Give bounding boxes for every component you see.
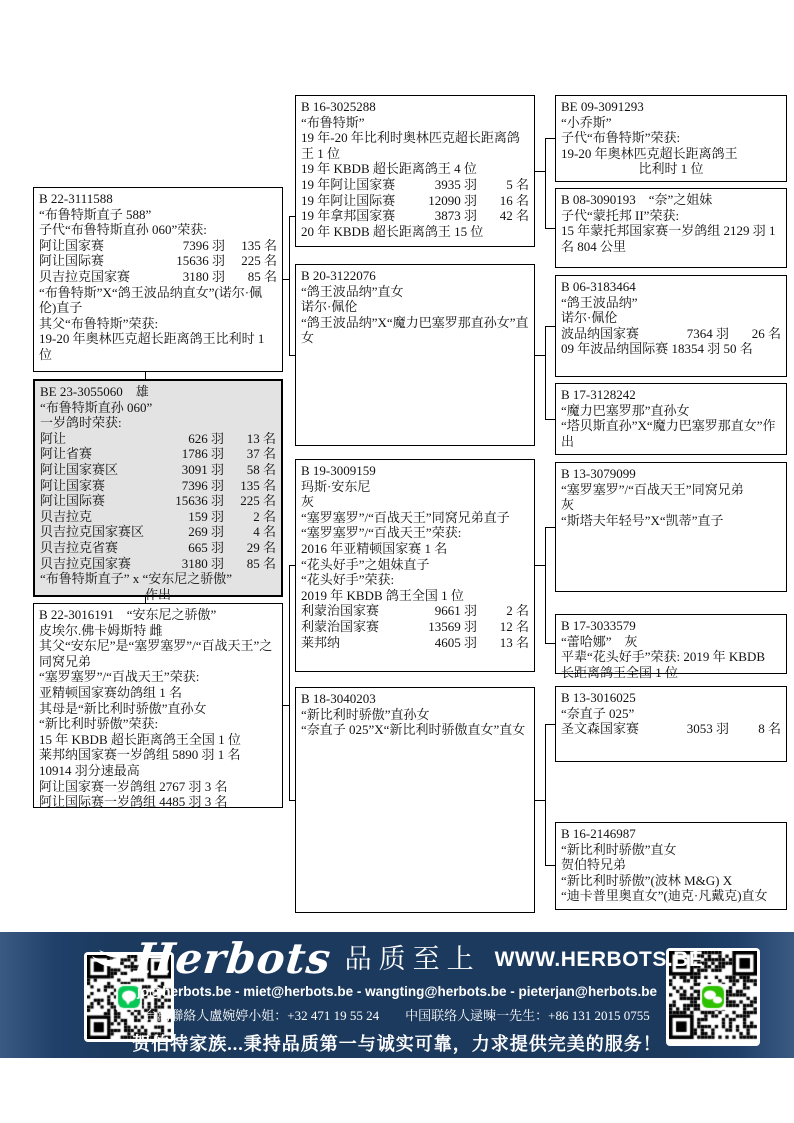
birds-count: 3935 羽 — [407, 177, 477, 193]
pedigree-box-r4: B 17-3128242“魔力巴塞罗那”直孙女“塔贝斯直孙”X“魔力巴塞罗那直女… — [555, 383, 787, 455]
connector-line — [545, 724, 555, 725]
contact-phones: 台灣聯絡人盧婉婷小姐：+32 471 19 55 24 中国联络人逯暕一先生：+… — [144, 1005, 649, 1024]
text-line: 皮埃尔.佛卡姆斯特 雌 — [39, 623, 277, 639]
connector-line — [545, 527, 555, 528]
text-line: “布鲁特斯”X“鸽王波品纳直女”(诺尔·佩伦)直子 — [39, 285, 277, 316]
connector-line — [289, 216, 295, 217]
brand-logo: Herbots — [132, 938, 332, 980]
birds-count: 15636 羽 — [155, 253, 225, 269]
connector-line — [545, 643, 555, 644]
result-row: 阿让国家赛7396 羽135 名 — [39, 238, 277, 254]
text-line: B 06-3183464 — [561, 279, 781, 295]
text-line: B 18-3040203 — [301, 691, 529, 707]
result-row: 阿让国家赛7396 羽135 名 — [40, 478, 276, 494]
race-name: 利蒙治国家赛 — [301, 619, 407, 635]
result-row: 19 年阿让国家赛3935 羽5 名 — [301, 177, 529, 193]
text-line: B 08-3090193 “奈”之姐妹 — [561, 192, 781, 208]
footer-content: Herbots 品质至上 WWW.HERBOTS.BE jo@herbots.b… — [172, 938, 622, 1052]
connector-line — [545, 724, 546, 866]
placing: 85 名 — [224, 556, 276, 572]
pedigree-box-dgs: B 19-3009159玛斯·安东尼灰“塞罗塞罗”/“百战天王”同窝兄弟直子“塞… — [295, 459, 535, 672]
race-name: 阿让 — [40, 431, 154, 447]
text-line: 比利时 1 位 — [561, 161, 781, 177]
text-line: 阿让国家赛一岁鸽组 2767 羽 3 名 — [39, 779, 277, 795]
race-name: 阿让国际赛 — [40, 493, 154, 509]
birds-count: 9661 羽 — [407, 603, 477, 619]
connector-line — [545, 527, 546, 644]
birds-count: 4605 羽 — [407, 635, 477, 651]
birds-count: 3873 羽 — [407, 208, 477, 224]
text-line: B 13-3079099 — [561, 466, 781, 482]
text-line: 贺伯特兄弟 — [561, 857, 781, 873]
birds-count: 13569 羽 — [407, 619, 477, 635]
connector-line — [289, 800, 295, 801]
text-line: “新比利时骄傲”直女 — [561, 842, 781, 858]
pedigree-page: B 22-3111588“布鲁特斯直子 588”子代“布鲁特斯直孙 060”荣获… — [0, 0, 794, 1123]
placing: 29 名 — [224, 540, 276, 556]
text-line: “鸽王波品纳” — [561, 295, 781, 311]
connector-line — [289, 565, 290, 801]
connector-line — [535, 800, 545, 801]
placing: 2 名 — [477, 603, 529, 619]
result-row: 贝吉拉克159 羽2 名 — [40, 509, 276, 525]
race-name: 阿让国际赛 — [39, 253, 155, 269]
placing: 13 名 — [477, 635, 529, 651]
connector-line — [545, 419, 555, 420]
result-row: 阿让国际赛15636 羽225 名 — [40, 493, 276, 509]
text-line: “奈直子 025”X“新比利时骄傲直女”直女 — [301, 722, 529, 738]
placing: 225 名 — [224, 493, 276, 509]
race-name: 19 年阿让国际赛 — [301, 193, 407, 209]
race-name: 19 年拿邦国家赛 — [301, 208, 407, 224]
text-line: 15 年 KBDB 超长距离鸽王全国 1 位 — [39, 732, 277, 748]
race-name: 19 年阿让国家赛 — [301, 177, 407, 193]
connector-line — [545, 865, 555, 866]
race-name: 利蒙治国家赛 — [301, 603, 407, 619]
birds-count: 665 羽 — [154, 540, 224, 556]
text-line: 子代“蒙托邦 II”荣获: — [561, 208, 781, 224]
race-name: 阿让国家赛 — [39, 238, 155, 254]
placing: 26 名 — [729, 326, 781, 342]
text-line: 2019 年 KBDB 鸽王全国 1 位 — [301, 588, 529, 604]
race-name: 贝吉拉克国家赛 — [39, 269, 155, 285]
birds-count: 626 羽 — [154, 431, 224, 447]
text-line: B 16-2146987 — [561, 826, 781, 842]
text-line: 阿让国际赛一岁鸽组 4485 羽 3 名 — [39, 794, 277, 810]
result-row: 阿让国际赛15636 羽225 名 — [39, 253, 277, 269]
race-name: 阿让国家赛 — [40, 478, 154, 494]
pedigree-box-sgs: B 16-3025288“布鲁特斯”19 年-20 年比利时奥林匹克超长距离鸽王… — [295, 95, 535, 247]
result-row: 19 年拿邦国家赛3873 羽42 名 — [301, 208, 529, 224]
placing: 4 名 — [224, 524, 276, 540]
text-line: “小乔斯” — [561, 115, 781, 131]
pedigree-box-dgd: B 18-3040203“新比利时骄傲”直孙女“奈直子 025”X“新比利时骄傲… — [295, 687, 535, 913]
placing: 8 名 — [729, 721, 781, 737]
connector-line — [545, 326, 546, 420]
connector-line — [535, 171, 545, 172]
result-row: 圣文森国家赛3053 羽8 名 — [561, 721, 781, 737]
text-line: B 16-3025288 — [301, 99, 529, 115]
connector-line — [545, 228, 555, 229]
connector-line — [289, 216, 290, 356]
birds-count: 3180 羽 — [155, 269, 225, 285]
brand-tagline: 品质至上 — [345, 946, 481, 973]
text-line: “新比利时骄傲”直孙女 — [301, 707, 529, 723]
text-line: 一岁鸽时荣获: — [40, 415, 276, 431]
race-name: 贝吉拉克国家赛 — [40, 556, 154, 572]
pedigree-box-r3: B 06-3183464“鸽王波品纳”诺尔·佩伦波品纳国家赛7364 羽26 名… — [555, 275, 787, 377]
text-line: 诺尔·佩伦 — [561, 310, 781, 326]
text-line: B 17-3128242 — [561, 387, 781, 403]
connector-line — [535, 565, 545, 566]
text-line: BE 23-3055060 雄 — [40, 384, 276, 400]
text-line: 子代“布鲁特斯直孙 060”荣获: — [39, 222, 277, 238]
text-line: “塞罗塞罗”/“百战天王”荣获: — [39, 669, 277, 685]
pedigree-box-r7: B 13-3016025“奈直子 025”圣文森国家赛3053 羽8 名 — [555, 686, 787, 762]
text-line: 19-20 年奥林匹克超长距离鸽王比利时 1 位 — [39, 331, 277, 362]
contact-emails: jo@herbots.be - miet@herbots.be - wangti… — [137, 984, 657, 999]
result-row: 利蒙治国家赛13569 羽12 名 — [301, 619, 529, 635]
pedigree-box-r5: B 13-3079099“塞罗塞罗”/“百战天王”同窝兄弟灰“斯塔夫年轻号”X“… — [555, 462, 787, 592]
placing: 5 名 — [477, 177, 529, 193]
pedigree-box-r2: B 08-3090193 “奈”之姐妹子代“蒙托邦 II”荣获:15 年蒙托邦国… — [555, 188, 787, 268]
connector-line — [545, 138, 546, 229]
connector-line — [145, 372, 146, 379]
connector-line — [289, 355, 295, 356]
wing-icon — [91, 946, 121, 972]
text-line: 2016 年亚精顿国家赛 1 名 — [301, 541, 529, 557]
text-line: “迪卡普里奥直女”(迪克·凡戴克)直女 — [561, 888, 781, 904]
placing: 85 名 — [225, 269, 277, 285]
text-line: 19-20 年奥林匹克超长距离鸽王 — [561, 146, 781, 162]
text-line: “魔力巴塞罗那”直孙女 — [561, 403, 781, 419]
connector-line — [145, 597, 146, 603]
pedigree-box-subject: BE 23-3055060 雄“布鲁特斯直孙 060”一岁鸽时荣获:阿让626 … — [33, 379, 283, 597]
birds-count: 1786 羽 — [154, 446, 224, 462]
race-name: 贝吉拉克省赛 — [40, 540, 154, 556]
placing: 135 名 — [224, 478, 276, 494]
text-line: 灰 — [561, 497, 781, 513]
race-name: 阿让省赛 — [40, 446, 154, 462]
result-row: 贝吉拉克国家赛3180 羽85 名 — [39, 269, 277, 285]
birds-count: 7396 羽 — [155, 238, 225, 254]
birds-count: 7364 羽 — [659, 326, 729, 342]
text-line: “塞罗塞罗”/“百战天王”荣获: — [301, 525, 529, 541]
footer-banner: Herbots 品质至上 WWW.HERBOTS.BE jo@herbots.b… — [0, 932, 794, 1058]
text-line: B 22-3016191 “安东尼之骄傲” — [39, 607, 277, 623]
text-line: “鸽王波品纳”直女 — [301, 284, 529, 300]
text-line: 灰 — [301, 494, 529, 510]
race-name: 圣文森国家赛 — [561, 721, 659, 737]
text-line: 诺尔·佩伦 — [301, 299, 529, 315]
text-line: BE 09-3091293 — [561, 99, 781, 115]
result-row: 利蒙治国家赛9661 羽2 名 — [301, 603, 529, 619]
text-line: 15 年蒙托邦国家赛一岁鸽组 2129 羽 1 名 804 公里 — [561, 223, 781, 254]
connector-line — [535, 355, 545, 356]
pedigree-box-r8: B 16-2146987“新比利时骄傲”直女贺伯特兄弟“新比利时骄傲”(波林 M… — [555, 822, 787, 910]
result-row: 贝吉拉克国家赛3180 羽85 名 — [40, 556, 276, 572]
birds-count: 15636 羽 — [154, 493, 224, 509]
text-line: “塞罗塞罗”/“百战天王”同窝兄弟 — [561, 482, 781, 498]
text-line: “蕾哈娜” 灰 — [561, 634, 781, 650]
placing: 135 名 — [225, 238, 277, 254]
connector-line — [545, 326, 555, 327]
text-line: 20 年 KBDB 超长距离鸽王 15 位 — [301, 224, 529, 240]
placing: 225 名 — [225, 253, 277, 269]
birds-count: 3091 羽 — [154, 462, 224, 478]
placing: 16 名 — [477, 193, 529, 209]
race-name: 阿让国家赛区 — [40, 462, 154, 478]
birds-count: 7396 羽 — [154, 478, 224, 494]
result-row: 阿让626 羽13 名 — [40, 431, 276, 447]
result-row: 19 年阿让国际赛12090 羽16 名 — [301, 193, 529, 209]
text-line: “布鲁特斯” — [301, 115, 529, 131]
placing: 2 名 — [224, 509, 276, 525]
placing: 12 名 — [477, 619, 529, 635]
text-line: 玛斯·安东尼 — [301, 479, 529, 495]
race-name: 莱邦纳 — [301, 635, 407, 651]
text-line: 莱邦纳国家赛一岁鸽组 5890 羽 1 名 — [39, 747, 277, 763]
text-line: B 13-3016025 — [561, 690, 781, 706]
birds-count: 159 羽 — [154, 509, 224, 525]
text-line: 其父“布鲁特斯”荣获: — [39, 316, 277, 332]
birds-count: 12090 羽 — [407, 193, 477, 209]
text-line: “塞罗塞罗”/“百战天王”同窝兄弟直子 — [301, 510, 529, 526]
text-line: B 20-3122076 — [301, 268, 529, 284]
website-text: WWW.HERBOTS.BE — [495, 949, 704, 970]
result-row: 莱邦纳4605 羽13 名 — [301, 635, 529, 651]
race-name: 波品纳国家赛 — [561, 326, 659, 342]
text-line: “斯塔夫年轻号”X“凯蒂”直子 — [561, 513, 781, 529]
result-row: 阿让国家赛区3091 羽58 名 — [40, 462, 276, 478]
text-line: 19 年-20 年比利时奥林匹克超长距离鸽王 1 位 — [301, 130, 529, 161]
text-line: B 22-3111588 — [39, 191, 277, 207]
birds-count: 3180 羽 — [154, 556, 224, 572]
text-line: B 19-3009159 — [301, 463, 529, 479]
text-line: “布鲁特斯直子 588” — [39, 207, 277, 223]
text-line: “新比利时骄傲”(波林 M&G) X — [561, 873, 781, 889]
result-row: 贝吉拉克省赛665 羽29 名 — [40, 540, 276, 556]
footer-slogan: 贺伯特家族...秉持品质第一与诚实可靠，力求提供完美的服务！ — [132, 1030, 662, 1056]
text-line: “花头好手”之姐妹直子 — [301, 557, 529, 573]
text-line: 19 年 KBDB 超长距离鸽王 4 位 — [301, 161, 529, 177]
text-line: 其母是“新比利时骄傲”直孙女 — [39, 701, 277, 717]
birds-count: 269 羽 — [154, 524, 224, 540]
text-line: “塔贝斯直孙”X“魔力巴塞罗那直女”作出 — [561, 418, 781, 449]
placing: 13 名 — [224, 431, 276, 447]
text-line: “新比利时骄傲”荣获: — [39, 716, 277, 732]
result-row: 阿让省赛1786 羽37 名 — [40, 446, 276, 462]
text-line: 亚精顿国家赛幼鸽组 1 名 — [39, 685, 277, 701]
connector-line — [289, 565, 295, 566]
text-line: 09 年波品纳国际赛 18354 羽 50 名 — [561, 341, 781, 357]
pedigree-box-r6: B 17-3033579“蕾哈娜” 灰平辈“花头好手”荣获: 2019 年 KB… — [555, 614, 787, 674]
text-line: 作出 — [40, 587, 276, 603]
pedigree-box-sgd: B 20-3122076“鸽王波品纳”直女诺尔·佩伦“鸽王波品纳”X“魔力巴塞罗… — [295, 264, 535, 446]
result-row: 波品纳国家赛7364 羽26 名 — [561, 326, 781, 342]
text-line: “奈直子 025” — [561, 706, 781, 722]
pedigree-box-dam: B 22-3016191 “安东尼之骄傲”皮埃尔.佛卡姆斯特 雌其父“安东尼”是… — [33, 603, 283, 808]
pedigree-box-sire: B 22-3111588“布鲁特斯直子 588”子代“布鲁特斯直孙 060”荣获… — [33, 187, 283, 372]
text-line: 10914 羽分速最高 — [39, 763, 277, 779]
text-line: “布鲁特斯直子” x “安东尼之骄傲” — [40, 571, 276, 587]
text-line: “鸽王波品纳”X“魔力巴塞罗那直孙女”直女 — [301, 315, 529, 346]
race-name: 贝吉拉克 — [40, 509, 154, 525]
race-name: 贝吉拉克国家赛区 — [40, 524, 154, 540]
text-line: B 17-3033579 — [561, 618, 781, 634]
placing: 37 名 — [224, 446, 276, 462]
placing: 58 名 — [224, 462, 276, 478]
text-line: 子代“布鲁特斯”荣获: — [561, 130, 781, 146]
text-line: 其父“安东尼”是“塞罗塞罗”/“百战天王”之同窝兄弟 — [39, 638, 277, 669]
connector-line — [545, 138, 555, 139]
pedigree-box-r1: BE 09-3091293“小乔斯”子代“布鲁特斯”荣获:19-20 年奥林匹克… — [555, 95, 787, 182]
text-line: “花头好手”荣获: — [301, 572, 529, 588]
text-line: 平辈“花头好手”荣获: 2019 年 KBDB 长距离鸽王全国 1 位 — [561, 649, 781, 680]
result-row: 贝吉拉克国家赛区269 羽4 名 — [40, 524, 276, 540]
brand-row: Herbots 品质至上 WWW.HERBOTS.BE — [91, 938, 704, 980]
birds-count: 3053 羽 — [659, 721, 729, 737]
placing: 42 名 — [477, 208, 529, 224]
text-line: “布鲁特斯直孙 060” — [40, 400, 276, 416]
